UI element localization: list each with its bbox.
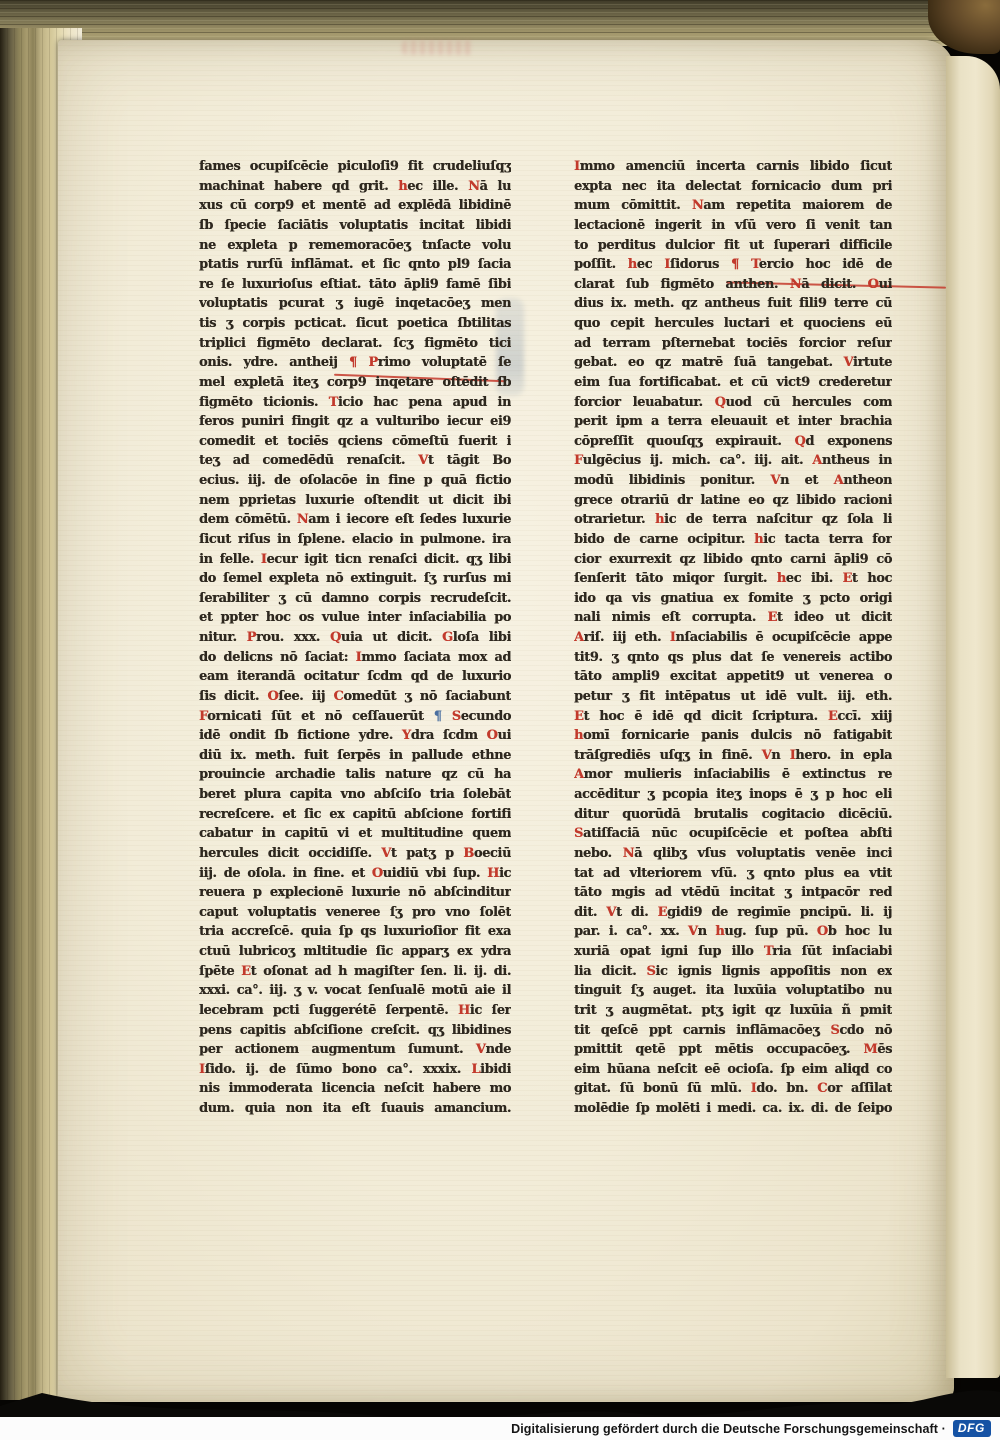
dfg-logo: DFG	[953, 1420, 991, 1437]
text-line: recreſcere. et ſic ex capitū abſcione fo…	[199, 807, 511, 827]
digitisation-footer: Digitalisierung gefördert durch die Deut…	[0, 1417, 1000, 1440]
text-line: feros puniri fingit qz a vulturibo iecur…	[199, 414, 511, 434]
text-line: gebat. eo qz matrē ſuā tangebat. Virtute	[574, 355, 892, 375]
text-line: expta nec ita delectat fornicacio dum pr…	[574, 179, 892, 199]
text-line: dum. quia non ita eſt ſuauis amancium.	[199, 1101, 511, 1121]
text-line: re ſe luxurioſus eſtiat. tāto āpli9 famē…	[199, 277, 511, 297]
text-line: iij. de oſola. in fine. et Ouidiū vbi ſu…	[199, 866, 511, 886]
text-line: nali nimis eſt corrupta. Et ideo ut dici…	[574, 610, 892, 630]
text-line: accēditur ʒ pcopia iteʒ inops ē ʒ p hoc …	[574, 787, 892, 807]
text-line: pmittit qetē ppt mētis occupacōeʒ. Mēs	[574, 1042, 892, 1062]
show-through-mark	[402, 40, 474, 55]
text-line: do ſemel expleta nō extinguit. ſʒ rurſus…	[199, 571, 511, 591]
text-line: tāto mgis ad vtēdū incitat ʒ intpacōr re…	[574, 885, 892, 905]
text-line: ſpēte Et oſonat ad h magiſter ſen. li. i…	[199, 964, 511, 984]
text-line: ad terram pſternebat tociēs forcior reſu…	[574, 336, 892, 356]
text-line: cōpreſſit quouſqʒ expirauit. Qd exponens	[574, 434, 892, 454]
text-line: diū ix. meth. fuit ſerpēs in pallude eth…	[199, 748, 511, 768]
text-line: ſerabiliter ʒ cū damno corpis recrudeſci…	[199, 591, 511, 611]
text-line: bido de carne ocipitur. hic tacta terra …	[574, 532, 892, 552]
text-line: beret plura capita vno abſciſo tria ſole…	[199, 787, 511, 807]
text-line: ſenſerit tāto miqor ſurgit. hec ibi. Et …	[574, 571, 892, 591]
text-line: ecius. iij. de oſolacōe in fine p quā fi…	[199, 473, 511, 493]
text-line: Ariſ. iij eth. Inſaciabilis ē ocupiſcēci…	[574, 630, 892, 650]
text-line: Iſido. ij. de ſūmo bono ca°. xxxix. Libi…	[199, 1062, 511, 1082]
text-line: perit ipm a terra eleuauit et inter brac…	[574, 414, 892, 434]
text-line: cior exurrexit qz libido qnto carni āpli…	[574, 552, 892, 572]
text-line: tria accreſcē. quia ſp qs luxurioſior fi…	[199, 924, 511, 944]
text-line: Satiſfaciā nūc ocupiſcēcie et poſtea abſ…	[574, 826, 892, 846]
text-line: dem cōmētū. Nam i iecore eſt ſedes luxur…	[199, 512, 511, 532]
text-line: nis immoderata licencia neſcit habere mo	[199, 1081, 511, 1101]
text-line: ſb ſpecie ſaciātis voluptatis incitat li…	[199, 218, 511, 238]
text-line: ctuū lubricoʒ mltitudie ſic apparʒ ex yd…	[199, 944, 511, 964]
text-line: nem pprietas luxurie oſtendit ut dicit i…	[199, 493, 511, 513]
text-line: voluptatis pcurat ʒ iugē inqetacōeʒ men	[199, 296, 511, 316]
text-line: teʒ ad comedēdū renaſcit. Vt tāgit Bo	[199, 453, 511, 473]
text-line: triplici figmēto declarat. ſcʒ figmēto t…	[199, 336, 511, 356]
text-line: tis ʒ corpis pcticat. ſicut poetica ſbti…	[199, 316, 511, 336]
text-line: pens capitis abſciſione creſcit. qʒ libi…	[199, 1023, 511, 1043]
text-line: lecebram pcti ſuggerétē ſerpentē. Hic ſe…	[199, 1003, 511, 1023]
text-line: Amor mulieris inſaciabilis ē extinctus r…	[574, 767, 892, 787]
text-line: ditur quorūdā brutalis cogitacio dicēciū…	[574, 807, 892, 827]
text-line: idē ondit ſb fictione ydre. Ydra ſcdm Ou…	[199, 728, 511, 748]
text-line: lia dicit. Sic ignis lignis appoſitis no…	[574, 964, 892, 984]
text-line: trāſgrediēs uſqʒ in finē. Vn Ihero. in e…	[574, 748, 892, 768]
text-line: eim ſua fortificabat. et cū vict9 creder…	[574, 375, 892, 395]
text-line: tāto ampli9 excitat appetit9 ut venerea …	[574, 669, 892, 689]
text-line: xus cū corp9 et mentē ad explēdā libidin…	[199, 198, 511, 218]
text-line: xuriā opat igni ſup illo Tria ſūt inſaci…	[574, 944, 892, 964]
text-line: tit9. ʒ qnto qs plus dat ſe venereis act…	[574, 650, 892, 670]
text-line: xxxi. ca°. iij. ʒ v. vocat ſenſualē motū…	[199, 983, 511, 1003]
text-line: mel expletā iteʒ corp9 inqetare oſtēdit …	[199, 375, 511, 395]
text-line: trit ʒ augmētat. ptʒ igit qz luxūia ñ pm…	[574, 1003, 892, 1023]
text-line: grece otrariū dr latine eo qz libido rac…	[574, 493, 892, 513]
text-line: ido qa vis gnatiua ex fomite ʒ pcto orig…	[574, 591, 892, 611]
text-line: ſis dicit. Oſee. iij Comedūt ʒ nō ſaciab…	[199, 689, 511, 709]
text-line: gitat. ſū bonū ſū mlū. Ido. bn. Cor aſſi…	[574, 1081, 892, 1101]
text-line: to perditus dulcior fit ut ſuperari diff…	[574, 238, 892, 258]
text-line: hercules dicit occidiſſe. Vt patʒ p Boec…	[199, 846, 511, 866]
text-line: prouincie archadie talis nature qz cū ha	[199, 767, 511, 787]
text-line: eam iterandā ocitatur ſcdm qd de luxurio	[199, 669, 511, 689]
text-line: reuera p explecionē luxurie nō abſcindit…	[199, 885, 511, 905]
text-line: otrarietur. hic de terra naſcitur qz ſol…	[574, 512, 892, 532]
text-line: Et hoc ē idē qd dicit ſcriptura. Eccī. x…	[574, 709, 892, 729]
text-line: caput voluptatis veneree ſʒ pro vno ſolē…	[199, 905, 511, 925]
text-line: Fornicati ſūt et nō ceſſauerūt ¶ Secundo	[199, 709, 511, 729]
footer-credit-text: Digitalisierung gefördert durch die Deut…	[511, 1422, 946, 1436]
text-line: forcior leuabatur. Quod cū hercules com	[574, 395, 892, 415]
text-line: dius ix. meth. qz antheus fuit fili9 ter…	[574, 296, 892, 316]
text-line: molēdie ſp molēti i medi. ca. ix. di. de…	[574, 1101, 892, 1121]
text-line: nebo. Nā qlibʒ vſus voluptatis venēe inc…	[574, 846, 892, 866]
text-line: dit. Vt di. Egidi9 de regimīe pncipū. li…	[574, 905, 892, 925]
text-line: par. i. ca°. xx. Vn hug. ſup pū. Ob hoc …	[574, 924, 892, 944]
text-line: machinat habere qd grit. hec ille. Nā lu	[199, 179, 511, 199]
text-line: ptatis rurſū inflāmat. et ſic qnto pl9 ſ…	[199, 257, 511, 277]
text-line: tit qeſcē ppt carnis inflāmacōeʒ Scdo nō	[574, 1023, 892, 1043]
text-line: ſicut riſus in ſplene. elacio in pulmone…	[199, 532, 511, 552]
text-line: poſſit. hec Iſidorus ¶ Tercio hoc idē de	[574, 257, 892, 277]
text-line: comedit et tociēs qciens cōmeſtū fuerit …	[199, 434, 511, 454]
text-line: tinguit ſʒ auget. ita luxūia voluptatibo…	[574, 983, 892, 1003]
text-column-right: Immo amenciū incerta carnis libido ſicut…	[574, 159, 892, 1121]
text-line: lectacionē ingerit in vſū vero ſi venit …	[574, 218, 892, 238]
text-line: homī fornicarie panis dulcis nō fatigabi…	[574, 728, 892, 748]
text-line: eim hūana neſcit eē ocioſa. ſp eim aliqd…	[574, 1062, 892, 1082]
text-column-left: fames ocupiſcēcie piculoſi9 fit crudeliu…	[199, 159, 511, 1121]
text-line: clarat ſub figmēto anthen. Nā dicit. Oui	[574, 277, 892, 297]
text-line: tat ad vlteriorem vſū. ʒ qnto plus ea vt…	[574, 866, 892, 886]
text-line: quo cepit hercules luctari et quociens e…	[574, 316, 892, 336]
text-line: modū libidinis ponitur. Vn et Antheon	[574, 473, 892, 493]
underlying-page-edge	[946, 56, 1000, 1378]
text-line: onis. ydre. antheij ¶ Primo voluptatē ſe	[199, 355, 511, 375]
text-line: fames ocupiſcēcie piculoſi9 fit crudeliu…	[199, 159, 511, 179]
text-line: et ppter hoc os vulue inter inſaciabilia…	[199, 610, 511, 630]
text-line: mum cōmittit. Nam repetita maiorem de	[574, 198, 892, 218]
text-line: do delicns nō ſaciat: Immo ſaciata mox a…	[199, 650, 511, 670]
text-line: figmēto ticionis. Ticio hac pena apud in	[199, 395, 511, 415]
scan-root: { "book_page": { "columns": [ { "id": "l…	[0, 0, 1000, 1440]
text-line: per actionem augmentum ſumunt. Vnde	[199, 1042, 511, 1062]
text-line: Immo amenciū incerta carnis libido ſicut	[574, 159, 892, 179]
text-line: nitur. Prou. xxx. Quia ut dicit. Gloſa l…	[199, 630, 511, 650]
text-line: Fulgēcius ij. mich. ca°. iij. ait. Anthe…	[574, 453, 892, 473]
text-line: cabatur in capitū vi et multitudine quem	[199, 826, 511, 846]
text-line: ne expleta p rememoracōeʒ tnſacte volu	[199, 238, 511, 258]
text-line: petur ʒ fit intēpatus ut idē vult. iij. …	[574, 689, 892, 709]
text-line: in felle. Iecur igit ticn renaſci dicit.…	[199, 552, 511, 572]
